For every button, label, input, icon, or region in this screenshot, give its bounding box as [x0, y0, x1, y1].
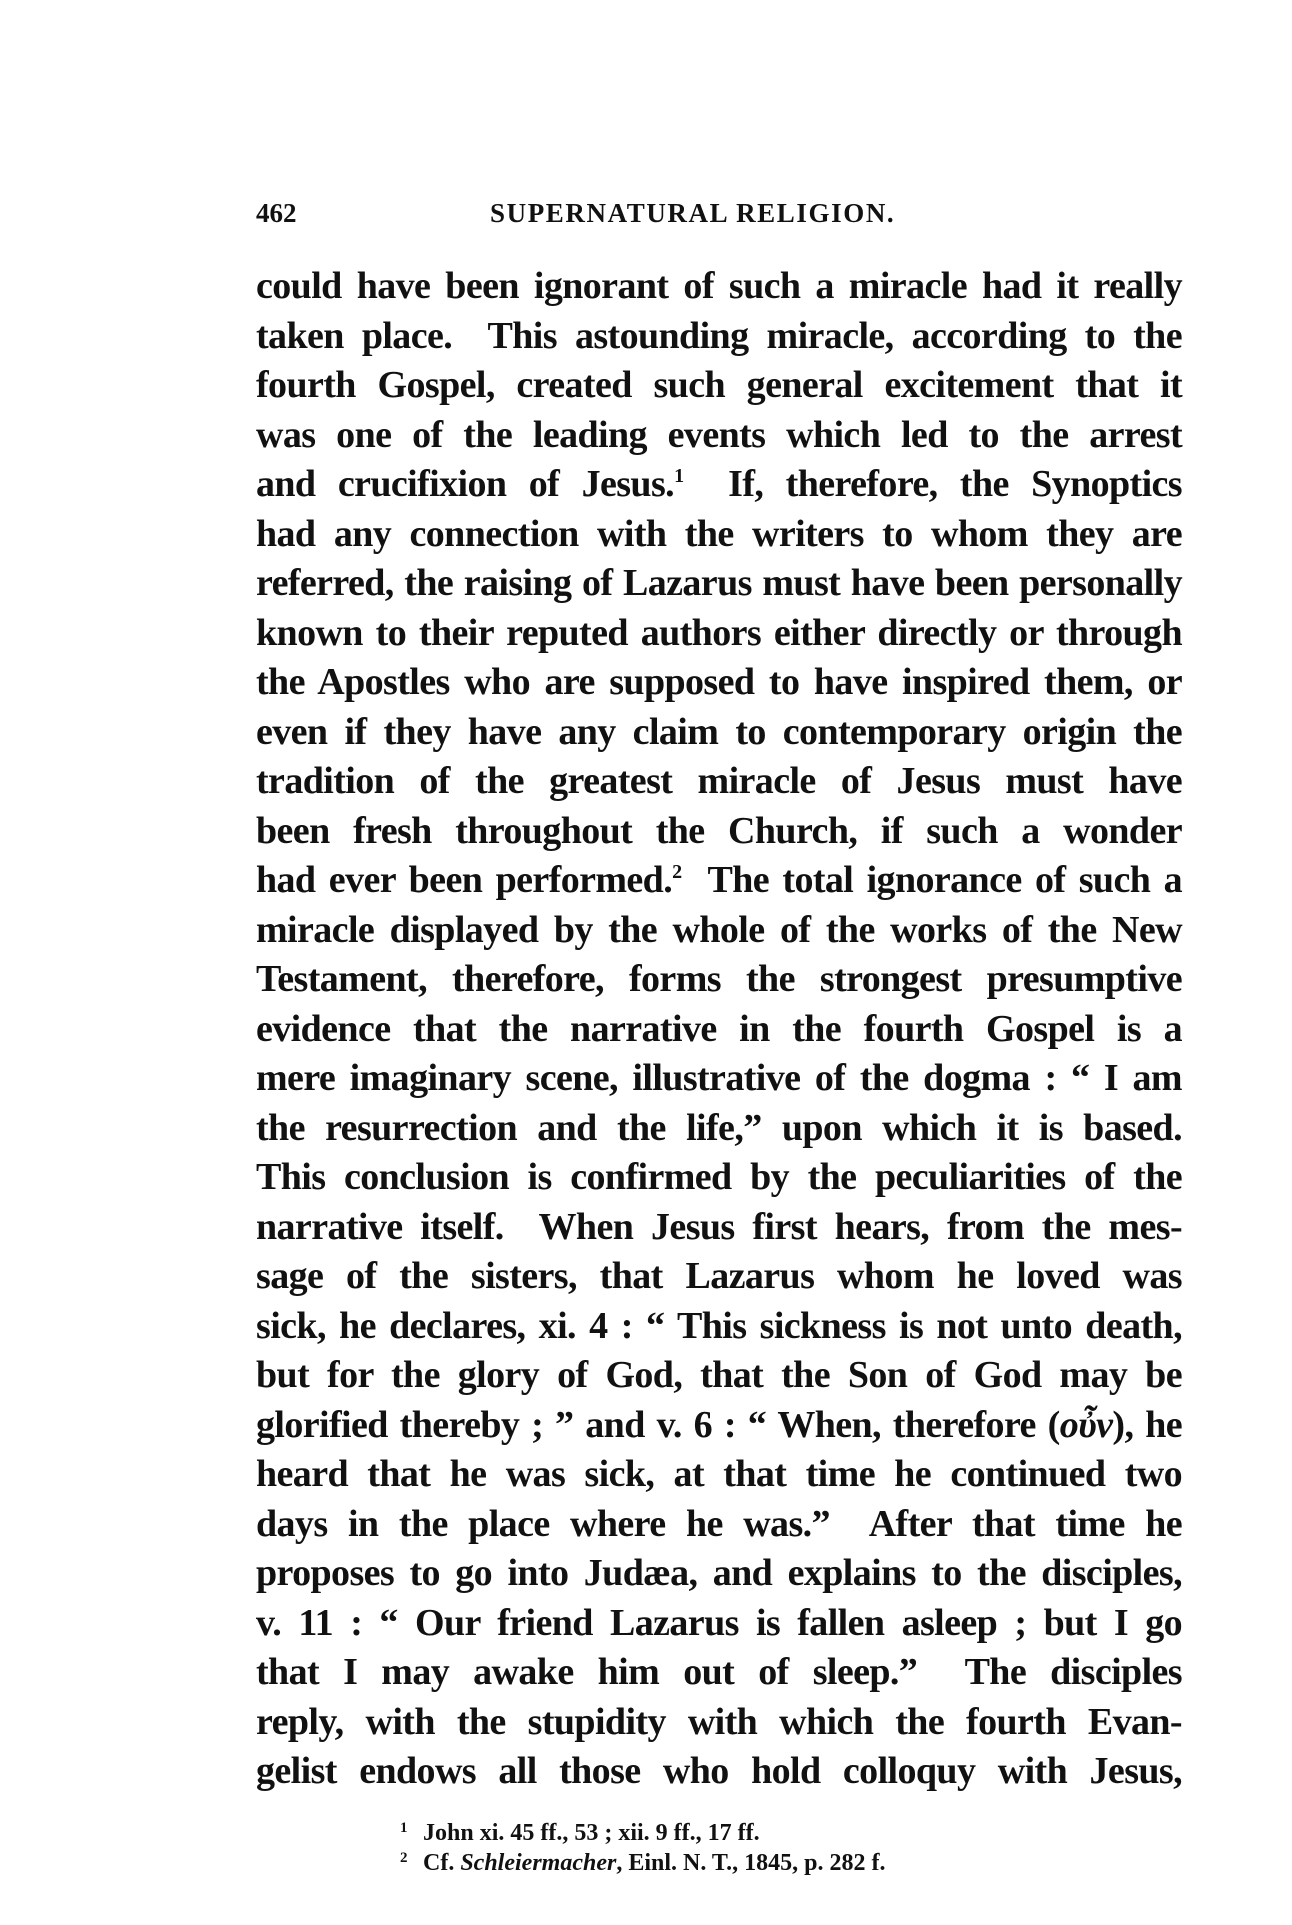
body-text: could have been ignorant of such a mirac…: [256, 262, 1182, 1797]
text-line: known to their reputed authors either di…: [256, 609, 1182, 659]
text-line: the Apostles who are supposed to have in…: [256, 658, 1182, 708]
text-line: fourth Gospel, created such general exci…: [256, 361, 1182, 411]
text-line: narrative itself. When Jesus first hears…: [256, 1203, 1182, 1253]
page-number: 462: [256, 196, 297, 230]
text-line: sick, he declares, xi. 4 : “ This sickne…: [256, 1302, 1182, 1352]
text-line: This conclusion is confirmed by the pecu…: [256, 1153, 1182, 1203]
greek-word: οὖν: [1060, 1404, 1113, 1446]
footnote-1: 1John xi. 45 ff., 53 ; xii. 9 ff., 17 ff…: [400, 1818, 1100, 1848]
text-line: Testament, therefore, forms the stronges…: [256, 955, 1182, 1005]
text-line: even if they have any claim to contempor…: [256, 708, 1182, 758]
text-line: was one of the leading events which led …: [256, 411, 1182, 461]
text-line: taken place. This astounding miracle, ac…: [256, 312, 1182, 362]
footnote-text: Cf.: [423, 1850, 460, 1876]
text-line: that I may awake him out of sleep.” The …: [256, 1648, 1182, 1698]
text-line: the resurrection and the life,” upon whi…: [256, 1104, 1182, 1154]
running-head: 462 SUPERNATURAL RELIGION.: [256, 196, 1182, 230]
footnote-author: Schleiermacher: [460, 1850, 616, 1876]
text-line: been fresh throughout the Church, if suc…: [256, 807, 1182, 857]
text-line: reply, with the stupidity with which the…: [256, 1698, 1182, 1748]
text-line: proposes to go into Judæa, and explains …: [256, 1549, 1182, 1599]
footnote-text: , Einl. N. T., 1845, p. 282 f.: [616, 1850, 885, 1876]
footnote-2: 2Cf. Schleiermacher, Einl. N. T., 1845, …: [400, 1848, 1100, 1878]
text-line: glorified thereby ; ” and v. 6 : “ When,…: [256, 1401, 1182, 1451]
text-line: could have been ignorant of such a mirac…: [256, 262, 1182, 312]
footnote-text: John xi. 45 ff., 53 ; xii. 9 ff., 17 ff.: [423, 1820, 760, 1846]
text-line: had ever been performed.2 The total igno…: [256, 856, 1182, 906]
text-line: and crucifixion of Jesus.1 If, therefore…: [256, 460, 1182, 510]
text-line: days in the place where he was.” After t…: [256, 1500, 1182, 1550]
text-line: gelist endows all those who hold colloqu…: [256, 1747, 1182, 1797]
text-line: sage of the sisters, that Lazarus whom h…: [256, 1252, 1182, 1302]
text-line: referred, the raising of Lazarus must ha…: [256, 559, 1182, 609]
text-line: heard that he was sick, at that time he …: [256, 1450, 1182, 1500]
footnotes: 1John xi. 45 ff., 53 ; xii. 9 ff., 17 ff…: [400, 1818, 1100, 1878]
text-line: but for the glory of God, that the Son o…: [256, 1351, 1182, 1401]
footnote-ref[interactable]: 2: [672, 861, 681, 883]
text-line: tradition of the greatest miracle of Jes…: [256, 757, 1182, 807]
text-line: evidence that the narrative in the fourt…: [256, 1005, 1182, 1055]
text-line: had any connection with the writers to w…: [256, 510, 1182, 560]
text-line: v. 11 : “ Our friend Lazarus is fallen a…: [256, 1599, 1182, 1649]
running-title: SUPERNATURAL RELIGION.: [490, 196, 895, 230]
text-line: mere imaginary scene, illustrative of th…: [256, 1054, 1182, 1104]
text-line: miracle displayed by the whole of the wo…: [256, 906, 1182, 956]
